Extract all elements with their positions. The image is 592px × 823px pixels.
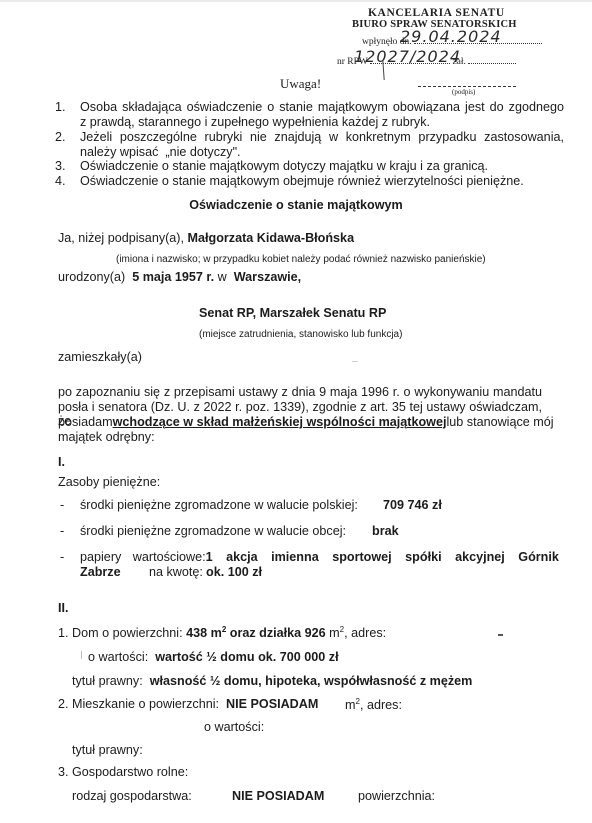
employment-value: Senat RP, Marszałek Senatu RP [199, 306, 386, 320]
cash-polish-value: 709 746 zł [383, 498, 442, 512]
notice-item-text-cont: z prawdą, starannego i zupełnego wypełni… [80, 115, 430, 129]
flat-unit-row: m2, adres: [345, 697, 402, 712]
flat-area-row: 2. Mieszkanie o powierzchni: NIE POSIADA… [58, 697, 318, 711]
house-value: wartość ½ domu ok. 700 000 zł [155, 650, 338, 664]
notice-item-text-cont: należy wpisać „nie dotyczy". [80, 145, 241, 159]
signatory-caption: (imiona i nazwisko; w przypadku kobiet n… [116, 254, 486, 265]
birth-row: urodzony(a) 5 maja 1957 r. w Warszawie, [58, 270, 301, 284]
notice-item-text: Oświadczenie o stanie majątkowym obejmuj… [80, 174, 524, 188]
residence-label: zamieszkały(a) [58, 350, 142, 364]
flat-title-label: tytuł prawny: [72, 743, 143, 757]
stamp-zal-dotline [468, 53, 516, 64]
signature-caption: (podpis) [452, 88, 475, 96]
farm-label: 3. Gospodarstwo rolne: [58, 765, 188, 779]
notice-item-number: 1. [55, 100, 66, 114]
birth-date: 5 maja 1957 r. [132, 270, 214, 284]
handwritten-received-date: 29.04.2024 [400, 27, 502, 46]
cash-foreign-value: brak [372, 524, 399, 538]
section-2-numeral: II. [58, 601, 69, 615]
plot-area: oraz działka 926 [230, 626, 326, 640]
house-title-label: tytuł prawny: [72, 674, 143, 688]
notice-item-text: Jeżeli poszczególne rubryki nie znajdują… [80, 130, 564, 144]
handwritten-registry-number: 12027/2024 [354, 47, 461, 66]
notice-item-text: Osoba składająca oświadczenie o stanie m… [80, 100, 564, 114]
bullet-dash: - [60, 550, 64, 564]
scan-smudge [352, 361, 358, 362]
house-value-row: o wartości: wartość ½ domu ok. 700 000 z… [88, 650, 339, 664]
birth-place: Warszawie, [234, 270, 301, 284]
scan-mark [81, 651, 82, 659]
legal-line: po zapoznaniu się z przepisami ustawy z … [58, 385, 542, 399]
house-title-row: tytuł prawny: własność ½ domu, hipoteka,… [72, 674, 472, 688]
notice-item-number: 2. [55, 130, 66, 144]
section-1-heading: Zasoby pieniężne: [58, 475, 160, 489]
legal-line-post: lub stanowiące mój [446, 415, 553, 429]
cash-foreign-label: środki pieniężne zgromadzone w walucie o… [80, 524, 346, 538]
signatory-row: Ja, niżej podpisany(a), Małgorzata Kidaw… [58, 231, 354, 245]
scan-mark [498, 634, 503, 636]
employment-caption: (miejsce zatrudnienia, stanowisko lub fu… [199, 329, 402, 340]
marital-property-emphasis: wchodzące w skład małżeńskiej wspólności… [113, 415, 447, 429]
securities-value: 1 akcja imienna sportowej spółki akcyjne… [206, 550, 559, 564]
house-address-label: , adres: [344, 626, 386, 640]
legal-line-marital: posiadam wchodzące w skład małżeńskiej w… [58, 415, 542, 429]
notice-heading: Uwaga! [280, 76, 321, 92]
securities-line: papiery wartościowe: 1 akcja imienna spo… [80, 550, 542, 564]
flat-value-label: o wartości: [204, 720, 264, 734]
farm-type-value: NIE POSIADAM [232, 789, 324, 803]
farm-area-label: powierzchnia: [358, 789, 435, 803]
section-1-numeral: I. [58, 455, 65, 469]
securities-value-cont: Zabrze [80, 565, 121, 579]
house-value-label: o wartości: [88, 650, 148, 664]
securities-amount-label: na kwotę: [149, 565, 203, 579]
flat-address-label: , adres: [360, 698, 402, 712]
legal-line-pre: posiadam [58, 415, 113, 429]
plot-unit: m2 [329, 626, 344, 640]
birth-in-label: w [218, 270, 227, 284]
securities-amount: ok. 100 zł [206, 565, 262, 579]
declaration-title: Oświadczenie o stanie majątkowym [0, 198, 592, 212]
birth-label: urodzony(a) [58, 270, 125, 284]
notice-item-text: Oświadczenie o stanie majątkowym dotyczy… [80, 159, 488, 173]
flat-area: NIE POSIADAM [226, 697, 318, 711]
stamp-office-name: KANCELARIA SENATU [368, 7, 505, 19]
flat-label: 2. Mieszkanie o powierzchni: [58, 697, 219, 711]
securities-label: papiery wartościowe: [80, 550, 206, 564]
signatory-label: Ja, niżej podpisany(a), [58, 231, 184, 245]
bullet-dash: - [60, 524, 64, 538]
farm-type-label: rodzaj gospodarstwa: [72, 789, 192, 803]
house-area-row: 1. Dom o powierzchni: 438 m2 oraz działk… [58, 625, 386, 640]
signature-line [418, 86, 516, 87]
bullet-dash: - [60, 498, 64, 512]
cash-polish-label: środki pieniężne zgromadzone w walucie p… [80, 498, 358, 512]
notice-item-number: 3. [55, 159, 66, 173]
legal-line: majątek odrębny: [58, 430, 155, 444]
house-label: 1. Dom o powierzchni: [58, 626, 183, 640]
page-top-edge [0, 0, 592, 2]
house-title-value: własność ½ domu, hipoteka, współwłasność… [150, 674, 473, 688]
notice-item-number: 4. [55, 174, 66, 188]
house-area: 438 m2 [186, 626, 226, 640]
signatory-name: Małgorzata Kidawa-Błońska [188, 231, 355, 245]
